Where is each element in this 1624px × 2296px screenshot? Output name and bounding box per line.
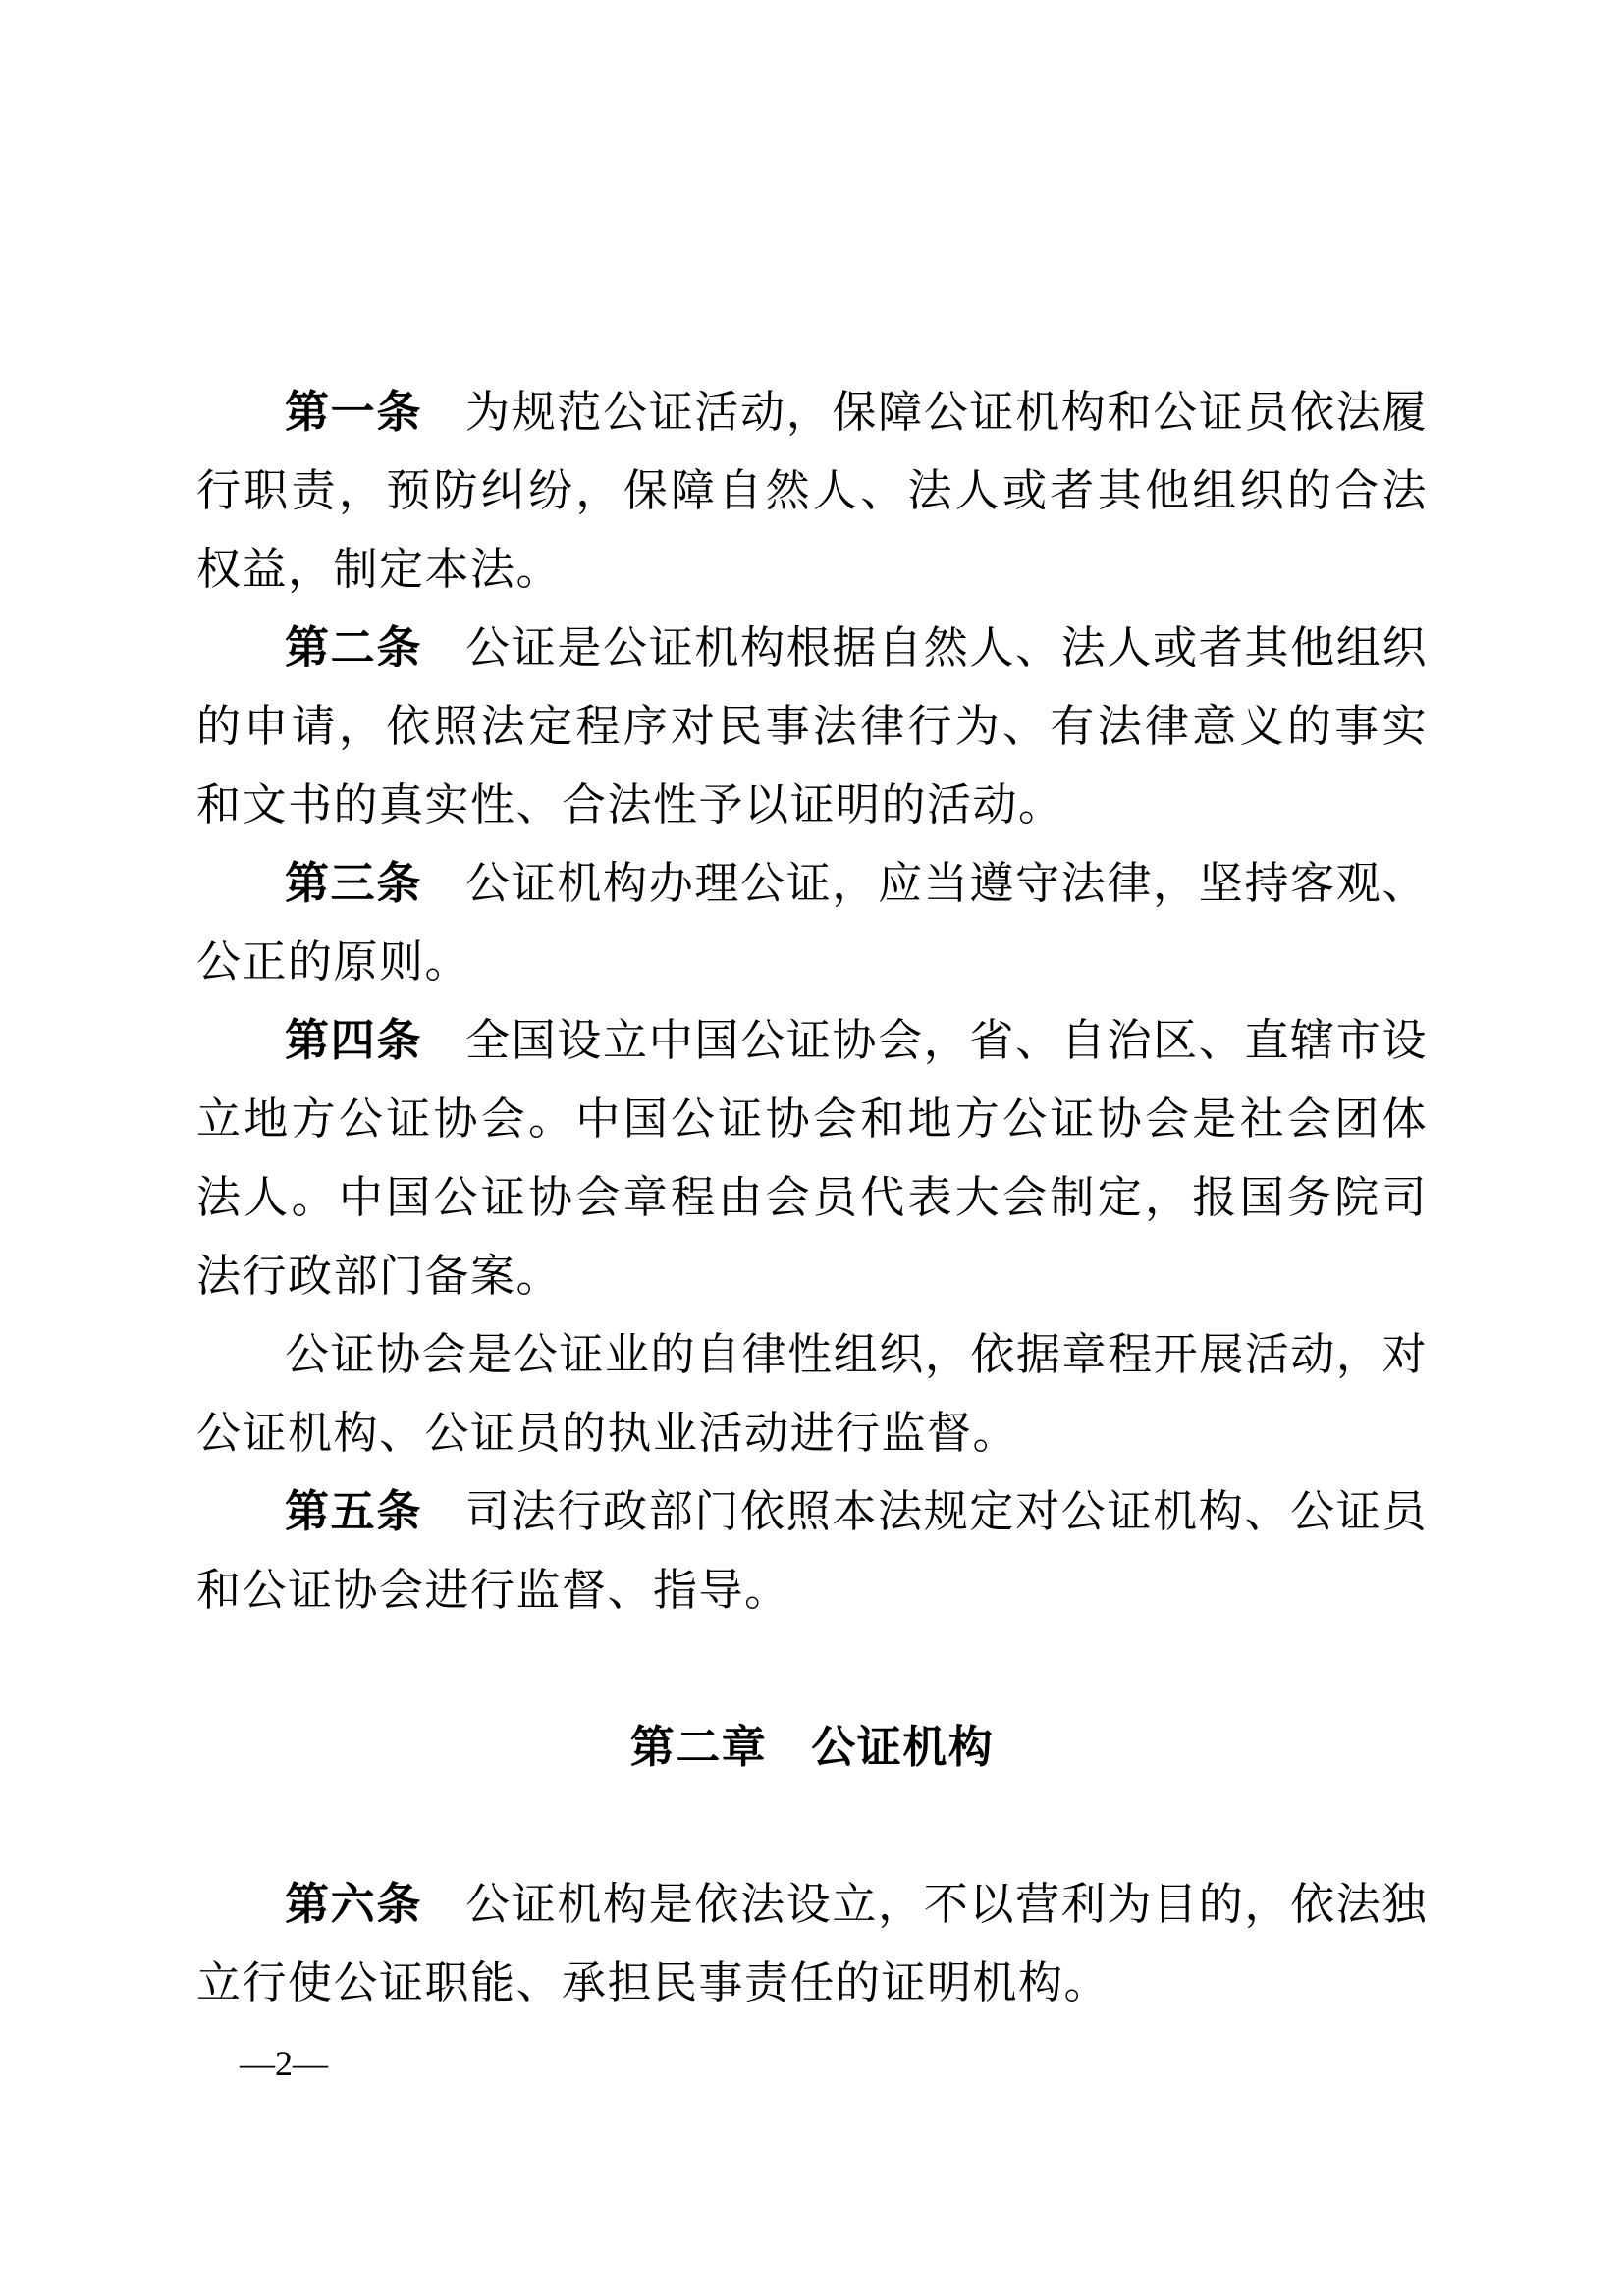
document-page: 第一条为规范公证活动，保障公证机构和公证员依法履行职责，预防纠纷，保障自然人、法… (0, 0, 1624, 2296)
article-5-label: 第五条 (285, 1486, 422, 1536)
document-body: 第一条为规范公证活动，保障公证机构和公证员依法履行职责，预防纠纷，保障自然人、法… (196, 373, 1428, 2022)
article-6-paragraph: 第六条公证机构是依法设立，不以营利为目的，依法独立行使公证职能、承担民事责任的证… (196, 1865, 1428, 2022)
article-4-label: 第四条 (285, 1015, 422, 1065)
article-2-paragraph: 第二条公证是公证机构根据自然人、法人或者其他组织的申请，依照法定程序对民事法律行… (196, 609, 1428, 844)
article-5-paragraph: 第五条司法行政部门依照本法规定对公证机构、公证员和公证协会进行监督、指导。 (196, 1472, 1428, 1629)
article-2-label: 第二条 (285, 622, 422, 672)
article-3-paragraph: 第三条公证机构办理公证，应当遵守法律，坚持客观、公正的原则。 (196, 844, 1428, 1001)
article-1-label: 第一条 (285, 387, 422, 437)
chapter-title: 公证机构 (811, 1722, 994, 1772)
article-4-continuation-text: 公证协会是公证业的自律性组织，依据章程开展活动，对公证机构、公证员的执业活动进行… (196, 1330, 1428, 1458)
chapter-number: 第二章 (630, 1722, 768, 1772)
page-number: —2— (240, 2042, 328, 2085)
article-1-paragraph: 第一条为规范公证活动，保障公证机构和公证员依法履行职责，预防纠纷，保障自然人、法… (196, 373, 1428, 609)
article-6-label: 第六条 (285, 1879, 422, 1929)
article-4-continuation-paragraph: 公证协会是公证业的自律性组织，依据章程开展活动，对公证机构、公证员的执业活动进行… (196, 1315, 1428, 1472)
article-4-paragraph: 第四条全国设立中国公证协会，省、自治区、直辖市设立地方公证协会。中国公证协会和地… (196, 1001, 1428, 1315)
article-3-label: 第三条 (285, 858, 422, 908)
chapter-2-heading: 第二章公证机构 (196, 1708, 1428, 1787)
